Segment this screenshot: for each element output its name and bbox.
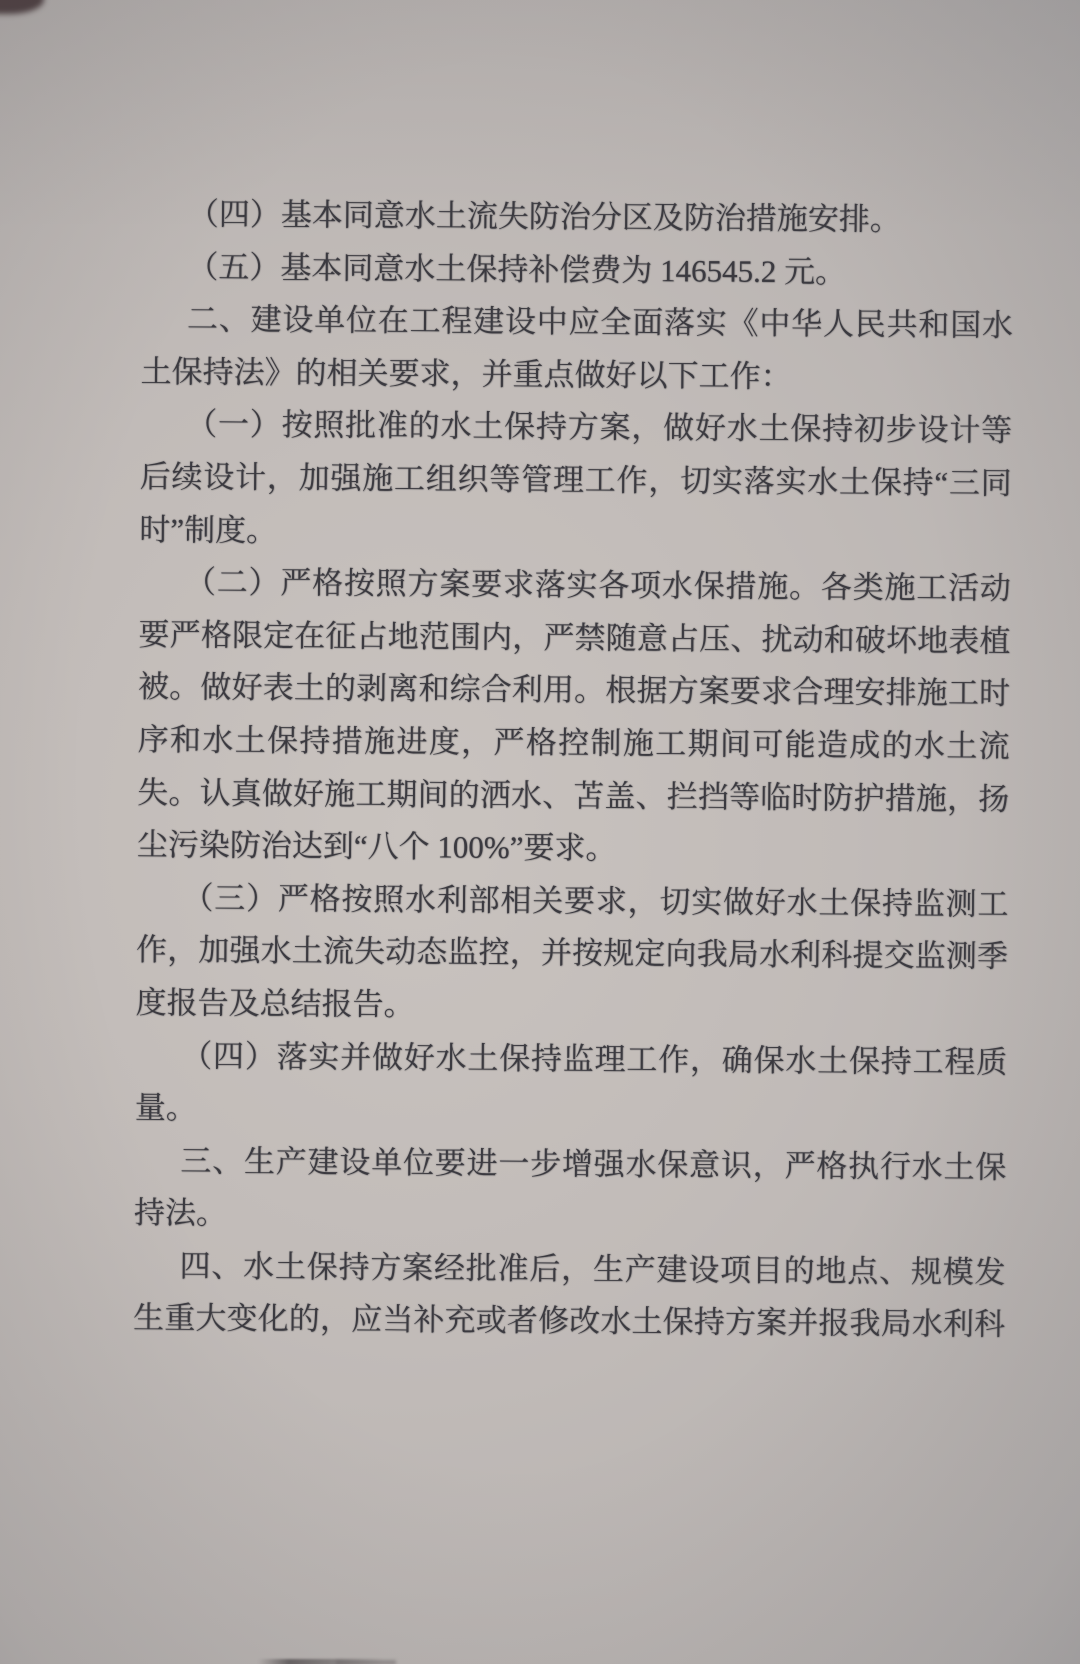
- photo-corner-artifact: [0, 0, 44, 14]
- text-line: 四、水土保持方案经批准后，生产建设项目的地点、规模发: [133, 1240, 1005, 1299]
- text-line: 要严格限定在征占地范围内，严禁随意占压、扰动和破坏地表植: [138, 609, 1010, 668]
- text-line: 二、建设单位在工程建设中应全面落实《中华人民共和国水: [141, 293, 1013, 352]
- text-line: 土保持法》的相关要求，并重点做好以下工作：: [140, 346, 1012, 405]
- text-line: 后续设计，加强施工组织等管理工作，切实落实水土保持“三同: [140, 451, 1012, 510]
- text-line: 三、生产建设单位要进一步增强水保意识，严格执行水土保: [134, 1135, 1006, 1194]
- text-line: （三）严格按照水利部相关要求，切实做好水土保持监测工: [136, 872, 1008, 931]
- text-line: 失。认真做好施工期间的洒水、苫盖、拦挡等临时防护措施，扬: [137, 767, 1009, 826]
- document-page: （四）基本同意水土流失防治分区及防治措施安排。 （五）基本同意水土保持补偿费为 …: [0, 0, 1080, 1664]
- text-line: 度报告及总结报告。: [135, 977, 1007, 1036]
- text-line: 序和水土保持措施进度，严格控制施工期间可能造成的水土流: [137, 714, 1009, 773]
- text-line: （一）按照批准的水土保持方案，做好水土保持初步设计等: [140, 398, 1012, 457]
- text-line: 尘污染防治达到“八个 100%”要求。: [137, 819, 1009, 878]
- text-line: （二）严格按照方案要求落实各项水保措施。各类施工活动: [139, 556, 1011, 615]
- text-line: 被。做好表土的剥离和综合利用。根据方案要求合理安排施工时: [138, 661, 1010, 720]
- photo-edge-artifact: [336, 1660, 396, 1664]
- text-line: 生重大变化的，应当补充或者修改水土保持方案并报我局水利科: [133, 1292, 1005, 1351]
- text-line: 作，加强水土流失动态监控，并按规定向我局水利科提交监测季: [136, 924, 1008, 983]
- text-line: 量。: [135, 1082, 1007, 1141]
- text-line: （四）落实并做好水土保持监理工作，确保水土保持工程质: [135, 1029, 1007, 1088]
- text-line: （五）基本同意水土保持补偿费为 146545.2 元。: [141, 241, 1013, 300]
- text-line: 持法。: [134, 1187, 1006, 1246]
- document-text: （四）基本同意水土流失防治分区及防治措施安排。 （五）基本同意水土保持补偿费为 …: [133, 188, 1014, 1352]
- text-line: （四）基本同意水土流失防治分区及防治措施安排。: [142, 188, 1014, 247]
- text-line: 时”制度。: [139, 504, 1011, 563]
